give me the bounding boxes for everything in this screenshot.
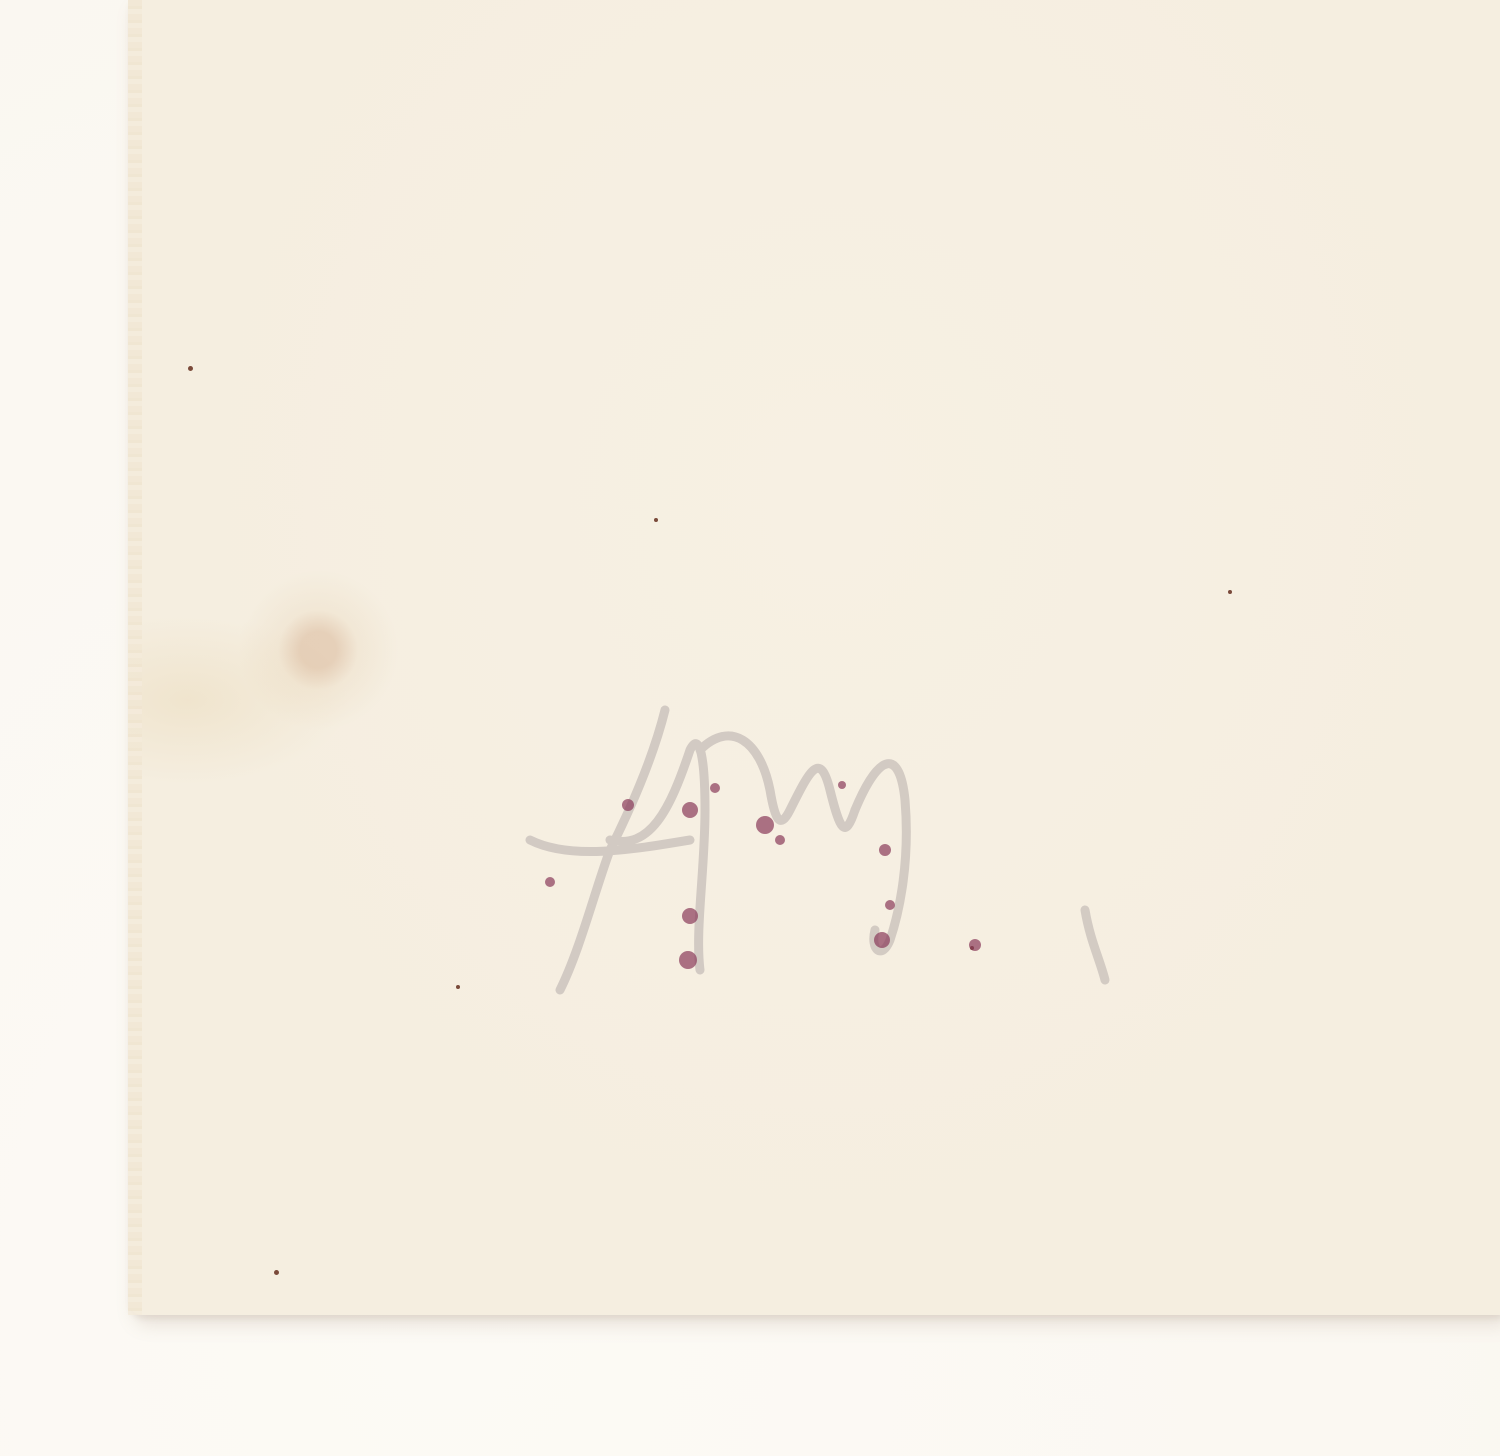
paper-speck [654,518,658,522]
paper-speck [1228,590,1232,594]
paper-sheet [128,0,1500,1315]
paper-speck [188,366,193,371]
paper-speck [274,1270,279,1275]
paper-speck [456,985,460,989]
handwritten-signature [510,690,1150,1020]
deckle-edge [128,0,142,1315]
